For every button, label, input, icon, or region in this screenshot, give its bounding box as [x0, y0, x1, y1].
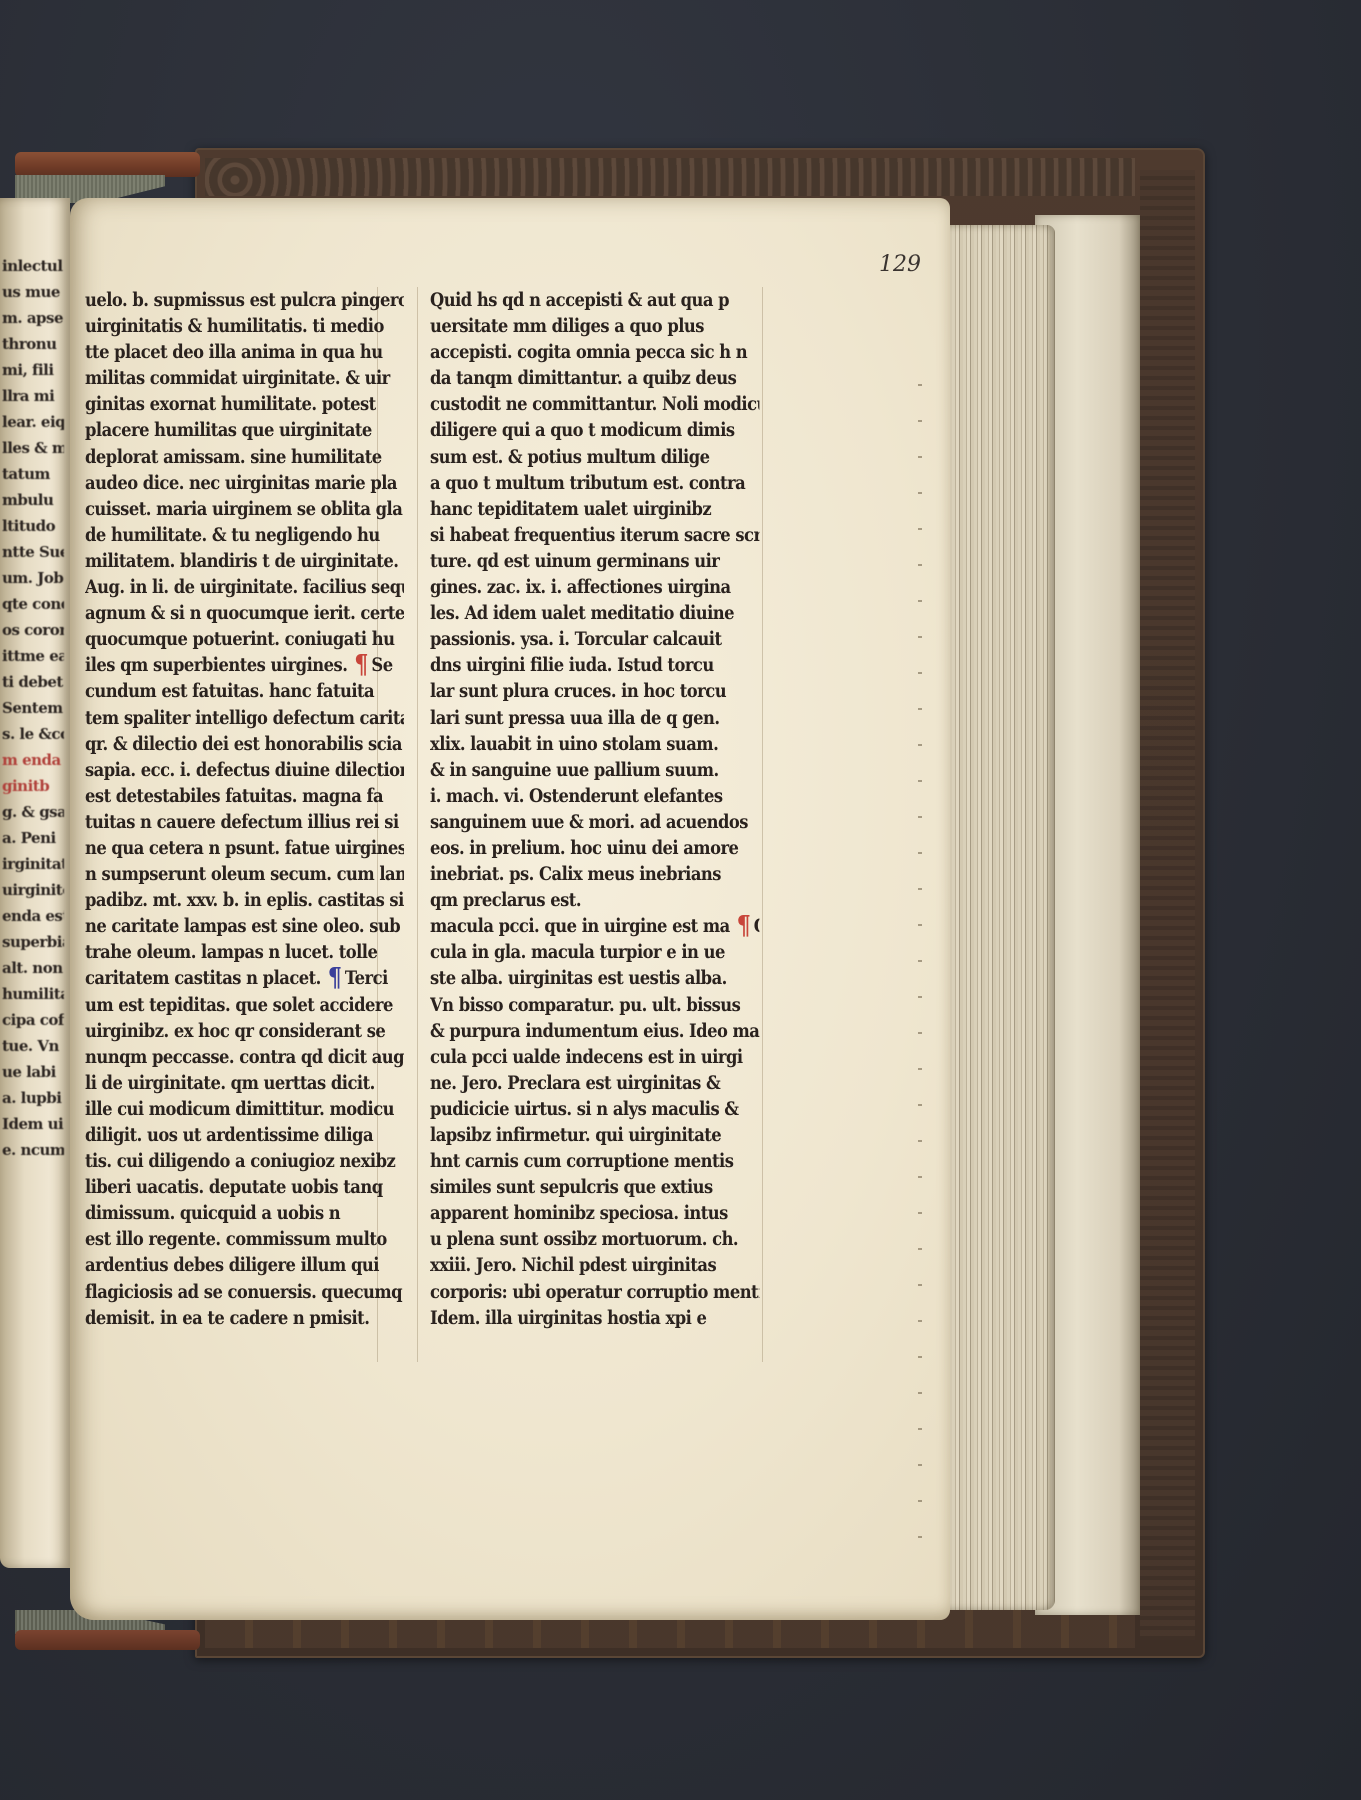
manuscript-line: cuisset. maria uirginem se oblita gla — [85, 496, 404, 522]
manuscript-line: caritatem castitas n placet. ¶Terci — [85, 965, 404, 991]
manuscript-line: i. mach. vi. Ostenderunt elefantes — [430, 783, 759, 809]
verso-fragment-line: um. Job. — [2, 570, 64, 586]
manuscript-line: iles qm superbientes uirgines. ¶Se — [85, 652, 404, 678]
verso-fragment-line: a. lupbi — [2, 1090, 64, 1106]
manuscript-line: sapia. ecc. i. defectus diuine dilection… — [85, 757, 404, 783]
verso-fragment-line: ti debet — [2, 674, 64, 690]
manuscript-line: les. Ad idem ualet meditatio diuine — [430, 600, 759, 626]
manuscript-line: similes sunt sepulcris que extius — [430, 1174, 759, 1200]
manuscript-line: padibz. mt. xxv. b. in eplis. castitas s… — [85, 887, 404, 913]
manuscript-line: Idem. illa uirginitas hostia xpi e — [430, 1305, 759, 1331]
manuscript-line: ille cui modicum dimittitur. modicu — [85, 1096, 404, 1122]
manuscript-line: ne. Jero. Preclara est uirginitas & — [430, 1070, 759, 1096]
manuscript-line: lapsibz infirmetur. qui uirginitate — [430, 1122, 759, 1148]
verso-fragment-line: e. ncum — [2, 1142, 64, 1158]
line-text: macula pcci. que in uirgine est ma — [430, 915, 730, 937]
manuscript-line: qr. & dilectio dei est honorabilis scia — [85, 731, 404, 757]
verso-fragment-line: alt. non — [2, 960, 64, 976]
verso-fragment-line: irginitat — [2, 856, 64, 872]
verso-fragment-line: tatum — [2, 466, 64, 482]
ruling-line-right — [762, 287, 763, 1362]
manuscript-line: deplorat amissam. sine humilitate — [85, 444, 404, 470]
verso-fragment-line: inlectul — [2, 258, 64, 274]
manuscript-line: diligit. uos ut ardentissime diliga — [85, 1122, 404, 1148]
manuscript-line: flagiciosis ad se conuersis. quecumq — [85, 1279, 404, 1305]
tooled-border-right — [1140, 170, 1195, 1640]
pricking-marks — [918, 350, 922, 1550]
verso-fragment-line: lles & mi — [2, 440, 64, 456]
manuscript-line: si habeat frequentius iterum sacre scrip — [430, 522, 759, 548]
manuscript-line: ne qua cetera n psunt. fatue uirgines — [85, 835, 404, 861]
verso-fragment-line: ittme ea — [2, 648, 64, 664]
manuscript-line: Vn bisso comparatur. pu. ult. bissus — [430, 992, 759, 1018]
manuscript-line: & in sanguine uue pallium suum. — [430, 757, 759, 783]
verso-fragment-line: qte conq — [2, 596, 64, 612]
folio-number: 129 — [879, 252, 921, 277]
headband-top — [15, 152, 200, 177]
manuscript-line: gines. zac. ix. i. affectiones uirgina — [430, 574, 759, 600]
verso-fragment-line: ltitudo — [2, 518, 64, 534]
verso-fragment-line: uirginitel — [2, 882, 64, 898]
verso-fragment-line: enda est — [2, 908, 64, 924]
verso-fragment-line: m enda m — [2, 752, 64, 768]
manuscript-line: sum est. & potius multum dilige — [430, 444, 759, 470]
verso-fragment-line: superbia — [2, 934, 64, 950]
manuscript-line: passionis. ysa. i. Torcular calcauit — [430, 626, 759, 652]
verso-fragment-line: tue. Vn — [2, 1038, 64, 1054]
manuscript-line: militatem. blandiris t de uirginitate. — [85, 548, 404, 574]
verso-fragment-line: us mue — [2, 284, 64, 300]
manuscript-line: demisit. in ea te cadere n pmisit. — [85, 1305, 404, 1331]
manuscript-line: dimissum. quicquid a uobis n — [85, 1200, 404, 1226]
manuscript-line: ne caritate lampas est sine oleo. sub — [85, 913, 404, 939]
manuscript-line: uersitate mm diliges a quo plus — [430, 313, 759, 339]
manuscript-line: a quo t multum tributum est. contra — [430, 470, 759, 496]
text-column-right: Quid hs qd n accepisti & aut qua puersit… — [430, 287, 760, 1331]
manuscript-line: liberi uacatis. deputate uobis tanq — [85, 1174, 404, 1200]
manuscript-line: agnum & si n quocumque ierit. certe — [85, 600, 404, 626]
manuscript-line: tuitas n cauere defectum illius rei si — [85, 809, 404, 835]
ruling-line-center — [417, 287, 418, 1362]
manuscript-line: cula pcci ualde indecens est in uirgi — [430, 1044, 759, 1070]
manuscript-line: accepisti. cogita omnia pecca sic h n — [430, 339, 759, 365]
rubric-incipit: Terci — [345, 967, 388, 989]
manuscript-line: ginitas exornat humilitate. potest — [85, 391, 404, 417]
manuscript-line: sanguinem uue & mori. ad acuendos — [430, 809, 759, 835]
headband-bottom — [15, 1630, 200, 1650]
tooled-border-top — [205, 158, 1135, 196]
verso-fragment-line: os corone — [2, 622, 64, 638]
manuscript-line: lar sunt plura cruces. in hoc torcu — [430, 678, 759, 704]
manuscript-line: tte placet deo illa anima in qua hu — [85, 339, 404, 365]
blue-initial-t: ¶ — [326, 967, 343, 989]
rubric-incipit: Se — [371, 654, 392, 676]
manuscript-line: nunqm peccasse. contra qd dicit aug. in — [85, 1044, 404, 1070]
manuscript-line: Aug. in li. de uirginitate. facilius seq… — [85, 574, 404, 600]
manuscript-line: audeo dice. nec uirginitas marie pla — [85, 470, 404, 496]
verso-fragment-line: m. apse. — [2, 310, 64, 326]
manuscript-line: quocumque potuerint. coniugati hu — [85, 626, 404, 652]
verso-fragment-line: mi, fili — [2, 362, 64, 378]
manuscript-line: cula in gla. macula turpior e in ue — [430, 939, 759, 965]
verso-fragment-line: humilita — [2, 986, 64, 1002]
manuscript-line: est illo regente. commissum multo — [85, 1226, 404, 1252]
verso-fragment-line: mbulu — [2, 492, 64, 508]
manuscript-line: diligere qui a quo t modicum dimis — [430, 417, 759, 443]
manuscript-line: inebriat. ps. Calix meus inebrians — [430, 861, 759, 887]
facing-verso-edge: inlectulus muem. apse.thronumi, filillra… — [0, 198, 70, 1568]
verso-fragment-line: Sentem — [2, 700, 64, 716]
manuscript-line: ardentius debes diligere illum qui — [85, 1252, 404, 1278]
manuscript-line: trahe oleum. lampas n lucet. tolle — [85, 939, 404, 965]
verso-fragment-line: lear. eiq — [2, 414, 64, 430]
verso-fragment-line: ue labi — [2, 1064, 64, 1080]
verso-fragment-line: a. Peni — [2, 830, 64, 846]
manuscript-line: Quid hs qd n accepisti & aut qua p — [430, 287, 759, 313]
manuscript-line: cundum est fatuitas. hanc fatuita — [85, 678, 404, 704]
manuscript-line: um est tepiditas. que solet accidere — [85, 992, 404, 1018]
text-column-left: uelo. b. supmissus est pulcra pingerouir… — [85, 287, 405, 1331]
manuscript-line: xlix. lauabit in uino stolam suam. — [430, 731, 759, 757]
manuscript-line: uirginibz. ex hoc qr considerant se — [85, 1018, 404, 1044]
verso-fragment-line: ginitb — [2, 778, 64, 794]
manuscript-line: pudicicie uirtus. si n alys maculis & — [430, 1096, 759, 1122]
manuscript-line: apparent hominibz speciosa. intus — [430, 1200, 759, 1226]
manuscript-line: uelo. b. supmissus est pulcra pingero — [85, 287, 404, 313]
manuscript-line: xxiii. Jero. Nichil pdest uirginitas — [430, 1252, 759, 1278]
manuscript-line: est detestabiles fatuitas. magna fa — [85, 783, 404, 809]
manuscript-line: ture. qd est uinum germinans uir — [430, 548, 759, 574]
line-text: caritatem castitas n placet. — [85, 967, 321, 989]
manuscript-line: hanc tepiditatem ualet uirginibz — [430, 496, 759, 522]
manuscript-line: u plena sunt ossibz mortuorum. ch. — [430, 1226, 759, 1252]
red-initial-q: ¶ — [735, 915, 752, 937]
line-text: iles qm superbientes uirgines. — [85, 654, 347, 676]
manuscript-line: custodit ne committantur. Noli modicu — [430, 391, 759, 417]
manuscript-line: militas commidat uirginitate. & uir — [85, 365, 404, 391]
verso-fragment-line: s. le &con — [2, 726, 64, 742]
manuscript-line: tem spaliter intelligo defectum caritati… — [85, 705, 404, 731]
manuscript-line: & purpura indumentum eius. Ideo ma — [430, 1018, 759, 1044]
manuscript-line: macula pcci. que in uirgine est ma ¶Quar… — [430, 913, 759, 939]
manuscript-line: tis. cui diligendo a coniugioz nexibz — [85, 1148, 404, 1174]
verso-fragment-line: llra mi — [2, 388, 64, 404]
manuscript-line: de humilitate. & tu negligendo hu — [85, 522, 404, 548]
manuscript-line: uirginitatis & humilitatis. ti medio — [85, 313, 404, 339]
manuscript-line: hnt carnis cum corruptione mentis — [430, 1148, 759, 1174]
manuscript-line: corporis: ubi operatur corruptio mentis. — [430, 1279, 759, 1305]
manuscript-line: ste alba. uirginitas est uestis alba. — [430, 965, 759, 991]
rubric-incipit: Quartum est — [754, 915, 759, 937]
verso-fragment-line: thronu — [2, 336, 64, 352]
red-initial-s: ¶ — [353, 654, 370, 676]
manuscript-line: li de uirginitate. qm uerttas dicit. — [85, 1070, 404, 1096]
verso-fragment-line: ntte Sue. — [2, 544, 64, 560]
verso-fragment-line: cipa cofu — [2, 1012, 64, 1028]
verso-fragment-line: g. & gsa — [2, 804, 64, 820]
manuscript-line: n sumpserunt oleum secum. cum lam — [85, 861, 404, 887]
manuscript-line: da tanqm dimittantur. a quibz deus — [430, 365, 759, 391]
manuscript-line: eos. in prelium. hoc uinu dei amore — [430, 835, 759, 861]
manuscript-line: qm preclarus est. — [430, 887, 759, 913]
manuscript-line: placere humilitas que uirginitate — [85, 417, 404, 443]
manuscript-line: lari sunt pressa uua illa de q gen. — [430, 705, 759, 731]
manuscript-line: dns uirgini filie iuda. Istud torcu — [430, 652, 759, 678]
verso-fragment-line: Idem ui — [2, 1116, 64, 1132]
